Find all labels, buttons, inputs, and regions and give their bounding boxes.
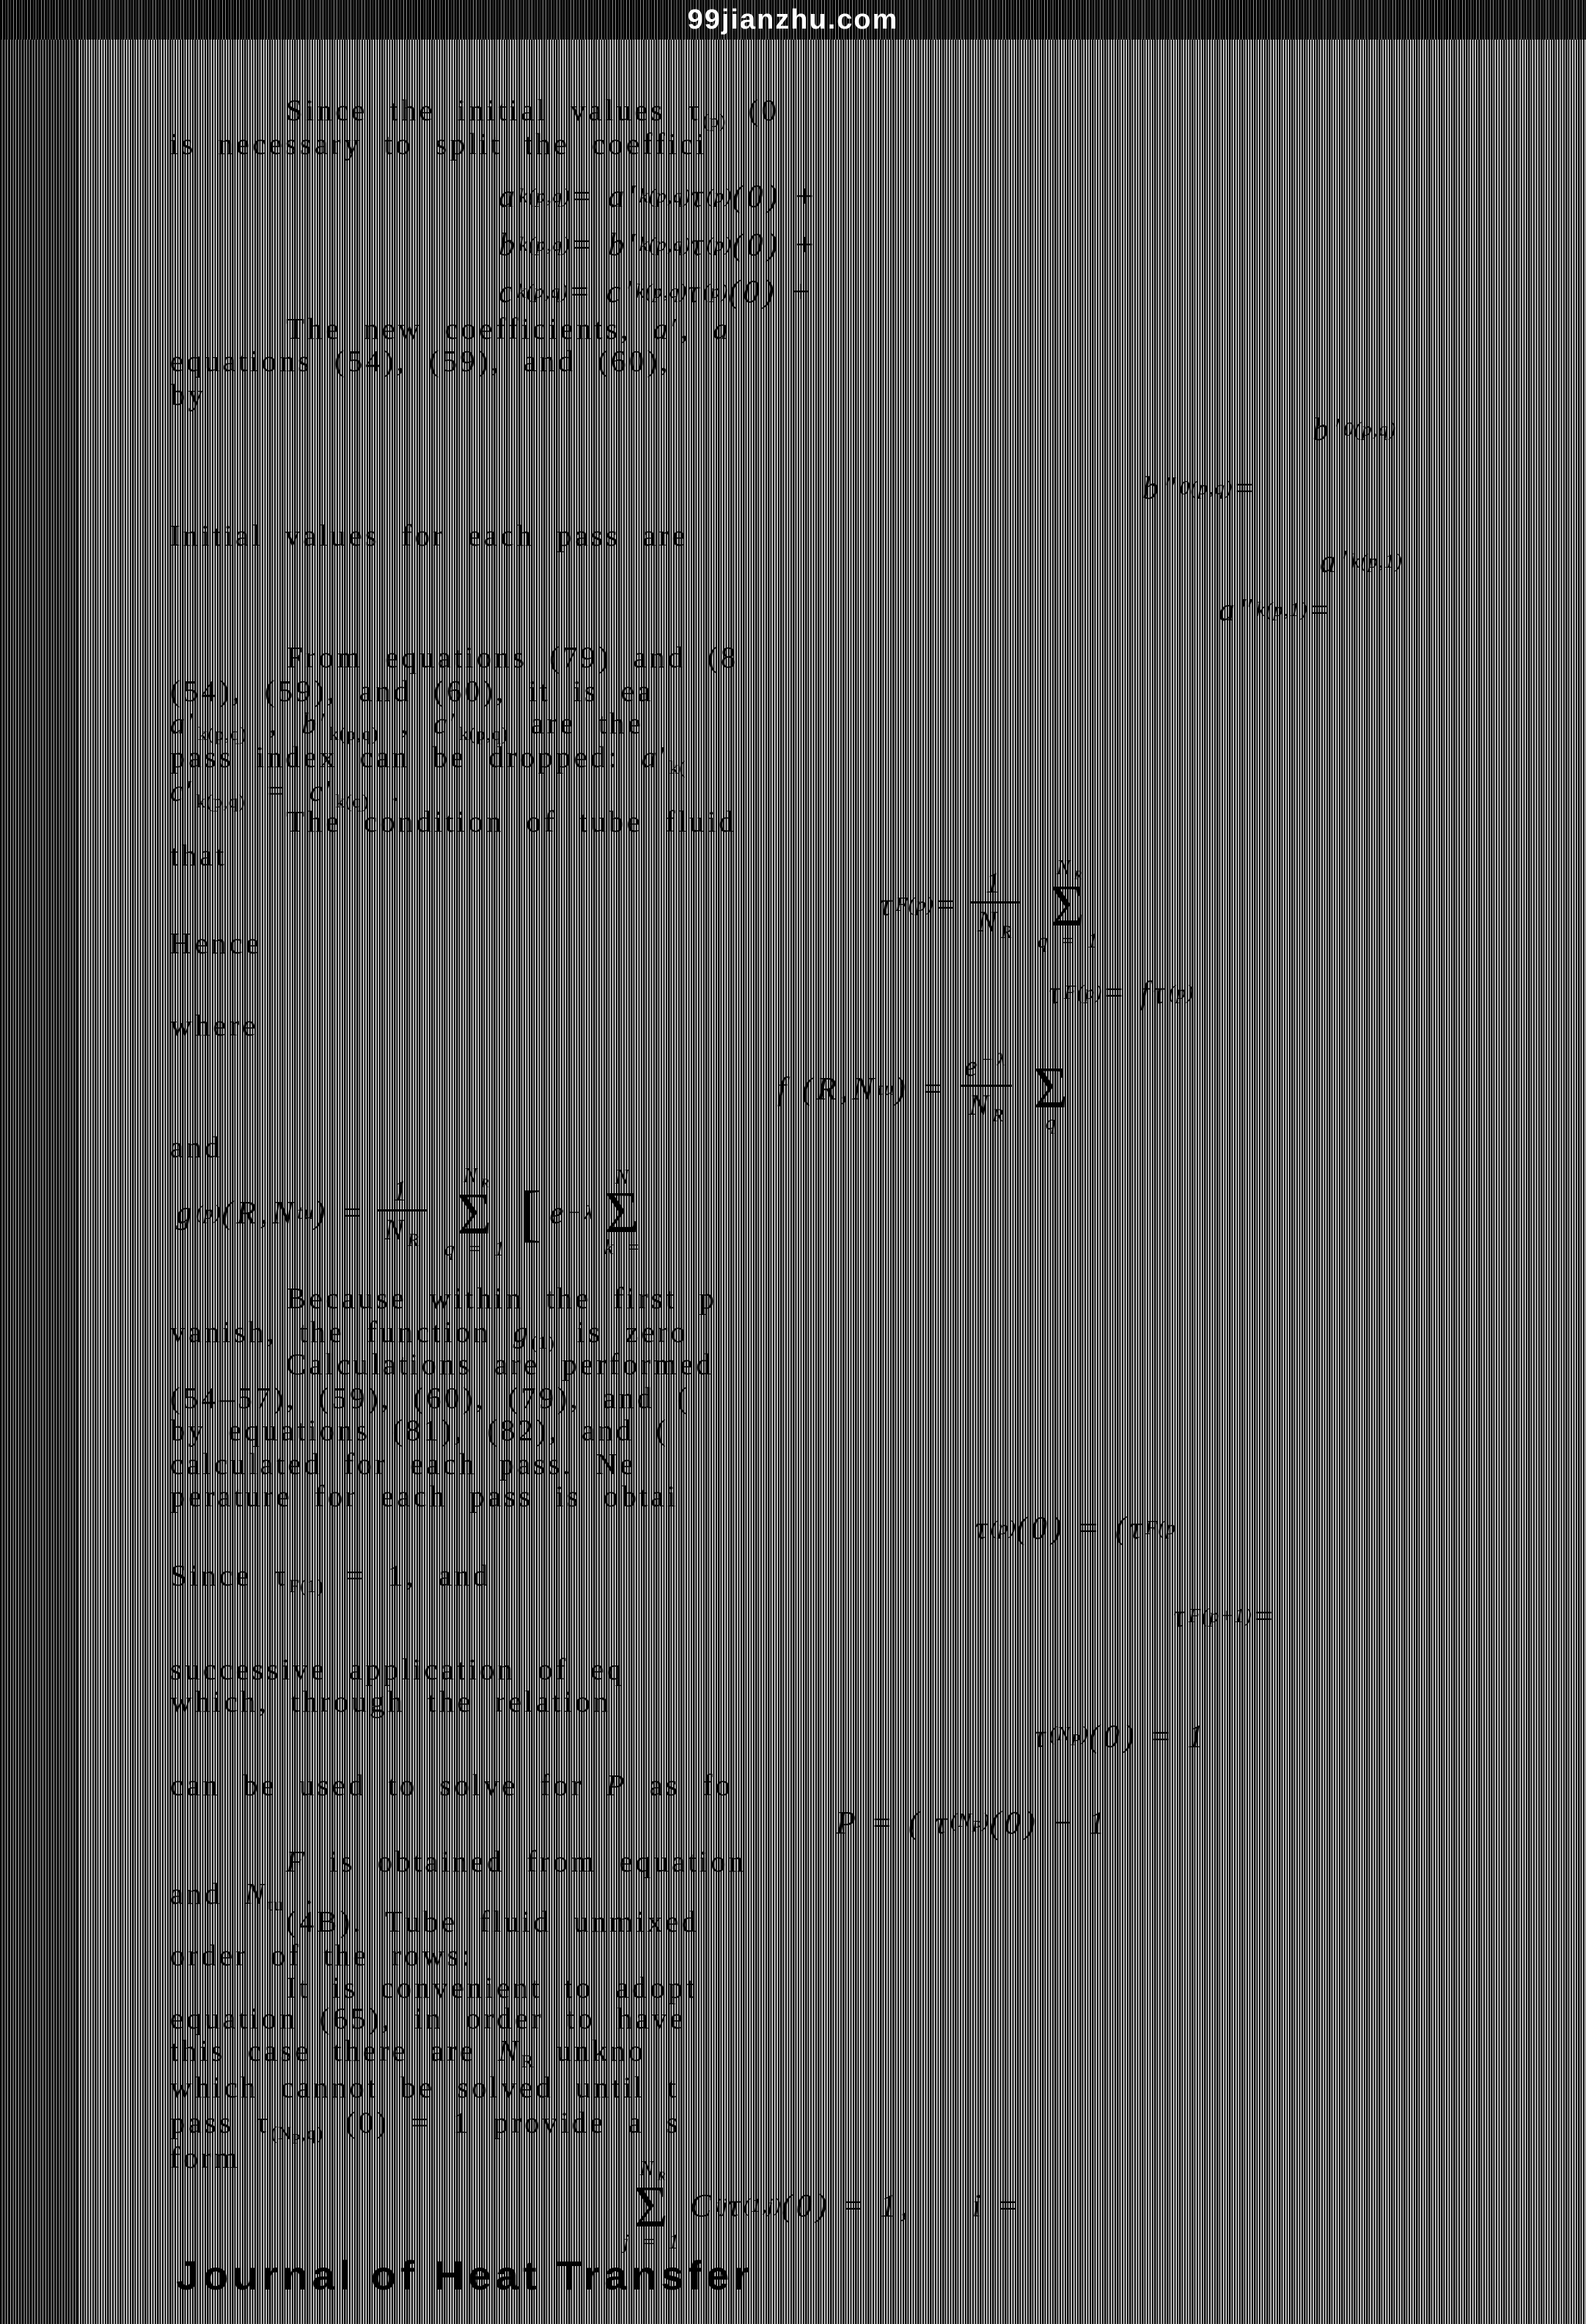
para-new-coefficients-line3: by (170, 377, 206, 412)
para-new-coefficients-line1: The new coefficients, a′, a (286, 311, 731, 346)
para-calculations-line2: (54–57), (59), (60), (79), and ( (170, 1380, 690, 1415)
equation-ak-prime: a′k(p,1) (1320, 543, 1403, 580)
equation-P-definition: P = ( τ(NP)(0) − 1 (836, 1804, 1109, 1841)
para-since-initial-line2: is necessary to split the coeffici (170, 126, 707, 161)
para-condition-line2: that (170, 837, 227, 873)
equation-Cij-sum: NRΣj = 1Cij τ(1,j) (0) = 1, i = (616, 2159, 1023, 2253)
equation-g-function: g(p) (R,Ntu) = 1NRNRΣq = 1[e−λNΣk = (176, 1166, 651, 1260)
para-F-obtained-line1: F is obtained from equation (286, 1844, 746, 1879)
equation-b0-doubleprime: b″0(p,q) = (1142, 469, 1258, 507)
para-initial-values: Initial values for each pass are (170, 518, 689, 553)
equation-tauF-f-tau: τF(p) = fτ(p) (1049, 974, 1194, 1011)
equation-b-coefficient: bk(p,q) = b′k(p,q) τ(p) (0) + (499, 226, 819, 263)
equation-tauF-next-pass: τF(p+1) = (1173, 1597, 1278, 1635)
text-since-tauF1: Since τF(1) = 1, and (170, 1558, 491, 1597)
text-and: and (170, 1129, 223, 1165)
equation-tau-p-zero: τ(p) (0) = (τF(p (975, 1509, 1176, 1547)
scan-left-margin-band (0, 0, 78, 2324)
para-convenient-line5: pass τ(NP,q) (0) = 1 provide a s (170, 2105, 681, 2148)
equation-a-coefficient: ak(p,q) = a′k(p,q) τ(p) (0) + (499, 177, 819, 215)
equation-c-coefficient: ck(p,q) = c′k(p,q) τ(p) (0) + (499, 273, 815, 310)
para-calculations-line5: perature for each pass is obtai (170, 1478, 678, 1514)
para-calculations-line1: Calculations are performed (286, 1346, 714, 1382)
para-because-line1: Because within the first p (286, 1280, 717, 1316)
para-convenient-line4: which cannot be solved until t (170, 2070, 679, 2105)
text-solve-for-P: can be used to solve for P as fo (170, 1767, 733, 1803)
para-calculations-line3: by equations (81), (82), and ( (170, 1412, 669, 1448)
equation-tauF-average: τF(p) = 1NRNRΣq = 1 (880, 858, 1109, 952)
para-successive-line1: successive application of eq (170, 1652, 625, 1687)
scanned-paper-page: 99jianzhu.com Since the initial values τ… (0, 0, 1586, 2324)
para-4B-heading-line1: (4B). Tube fluid unmixed (286, 1904, 700, 1939)
journal-title: Journal of Heat Transfer (176, 2251, 754, 2299)
para-convenient-line2: equation (65), in order to have (170, 2001, 686, 2036)
para-4B-heading-line2: order of the rows: (170, 1938, 473, 1973)
text-where: where (170, 1008, 259, 1043)
equation-f-function: f (R,Ntu) = e−λNR Σq (777, 1043, 1079, 1134)
equation-tau-NP-zero: τ(NP) (0) = 1 (1034, 1718, 1208, 1755)
text-hence: Hence (170, 925, 262, 961)
para-calculations-line4: calculated for each pass. Ne (170, 1446, 636, 1481)
para-successive-line2: which, through the relation (170, 1684, 612, 1719)
para-new-coefficients-line2: equations (54), (59), and (60), (170, 343, 670, 378)
para-convenient-line1: It is convenient to adopt (286, 1970, 697, 2005)
para-convenient-line6: form (170, 2140, 241, 2175)
watermark-text: 99jianzhu.com (0, 4, 1586, 36)
equation-ak-doubleprime: a″k(p,1) = (1219, 591, 1334, 628)
equation-b0-prime: b′0(p,q) (1313, 411, 1397, 448)
para-from-equations-line1: From equations (79) and (8 (286, 639, 739, 675)
para-convenient-line3: this case there are NR unkno (170, 2033, 646, 2072)
para-from-equations-line2: (54), (59), and (60), it is ea (170, 673, 653, 708)
para-condition-line1: The condition of tube fluid (286, 804, 737, 839)
